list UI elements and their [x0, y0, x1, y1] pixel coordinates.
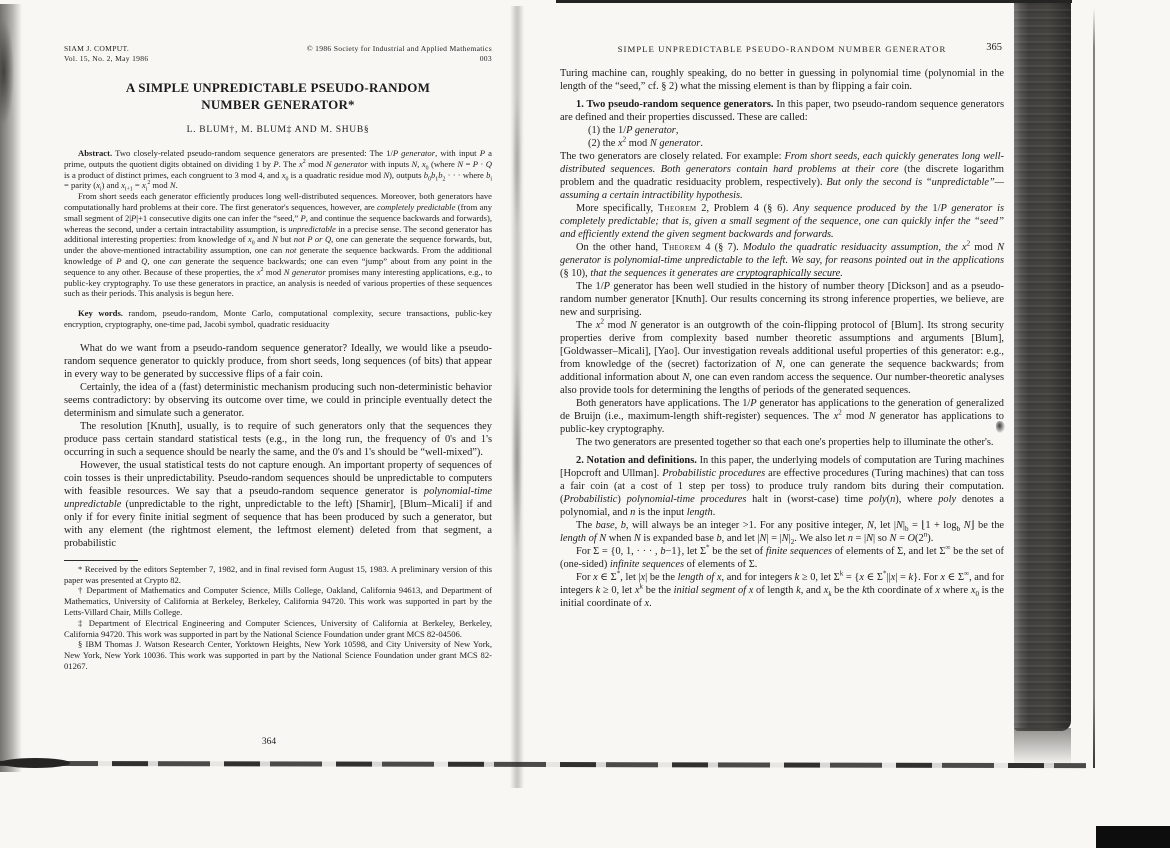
journal-header: SIAM J. COMPUT. Vol. 15, No. 2, May 1986… — [64, 44, 492, 63]
scanned-journal-spread: SIAM J. COMPUT. Vol. 15, No. 2, May 1986… — [0, 0, 1170, 848]
paragraph: † Department of Mathematics and Computer… — [64, 585, 492, 617]
paragraph: More specifically, Theorem 2, Problem 4 … — [560, 202, 1004, 241]
paragraph: The resolution [Knuth], usually, is to r… — [64, 420, 492, 459]
scan-corner-black-bar — [1096, 826, 1170, 848]
paper-title: A SIMPLE UNPREDICTABLE PSEUDO-RANDOM NUM… — [103, 79, 453, 113]
page-left: SIAM J. COMPUT. Vol. 15, No. 2, May 1986… — [22, 0, 516, 762]
paragraph: Certainly, the idea of a (fast) determin… — [64, 381, 492, 420]
scan-left-edge-blob — [0, 18, 18, 138]
paragraph: However, the usual statistical tests do … — [64, 459, 492, 550]
paragraph: The x2 mod N generator is an outgrowth o… — [560, 319, 1004, 397]
paragraph: The 1/P generator has been well studied … — [560, 280, 1004, 319]
book-fore-edge-band — [1014, 3, 1071, 731]
authors-line: L. BLUM†, M. BLUM‡ AND M. SHUB§ — [64, 125, 492, 135]
page-number-right: 365 — [986, 42, 1002, 53]
paragraph: ‡ Department of Electrical Engineering a… — [64, 618, 492, 640]
book-fore-edge-fade — [1014, 728, 1071, 766]
paragraph: § IBM Thomas J. Watson Research Center, … — [64, 639, 492, 671]
abstract-section: Abstract. Two closely-related pseudo-ran… — [64, 148, 492, 330]
copyright-info: © 1986 Society for Industrial and Applie… — [307, 44, 492, 63]
page-number-left: 364 — [22, 737, 516, 747]
scan-right-page-edge-line — [1093, 8, 1095, 768]
paragraph: Turing machine can, roughly speaking, do… — [560, 67, 1004, 93]
copyright-line: © 1986 Society for Industrial and Applie… — [307, 44, 492, 54]
paragraph: (2) the x2 mod N generator. — [560, 137, 1004, 150]
footnote-rule — [64, 560, 138, 561]
paragraph: The two generators are closely related. … — [560, 150, 1004, 202]
paragraph: What do we want from a pseudo-random seq… — [64, 342, 492, 381]
paragraph: * Received by the editors September 7, 1… — [64, 564, 492, 586]
paragraph: The base, b, will always be an integer >… — [560, 519, 1004, 545]
running-head-title: SIMPLE UNPREDICTABLE PSEUDO-RANDOM NUMBE… — [618, 44, 947, 54]
article-code: 003 — [307, 54, 492, 64]
paragraph: For Σ = {0, 1, · · · , b−1}, let Σ* be t… — [560, 545, 1004, 571]
paragraph: 1. Two pseudo-random sequence generators… — [560, 98, 1004, 124]
paragraph: Both generators have applications. The 1… — [560, 397, 1004, 436]
journal-name: SIAM J. COMPUT. — [64, 44, 148, 54]
paragraph: For x ∈ Σ*, let |x| be the length of x, … — [560, 571, 1004, 610]
paragraph: On the other hand, Theorem 4 (§ 7). Modu… — [560, 241, 1004, 280]
running-head: SIMPLE UNPREDICTABLE PSEUDO-RANDOM NUMBE… — [560, 44, 1004, 54]
paragraph: (1) the 1/P generator, — [560, 124, 1004, 137]
journal-volume: Vol. 15, No. 2, May 1986 — [64, 54, 148, 64]
paragraph: The two generators are presented togethe… — [560, 436, 1004, 449]
journal-info: SIAM J. COMPUT. Vol. 15, No. 2, May 1986 — [64, 44, 148, 63]
paragraph: Key words. random, pseudo-random, Monte … — [64, 308, 492, 330]
paragraph: From short seeds each generator efficien… — [64, 191, 492, 299]
footnotes-section: * Received by the editors September 7, 1… — [64, 564, 492, 672]
article-body-left: What do we want from a pseudo-random seq… — [64, 342, 492, 550]
paragraph: Abstract. Two closely-related pseudo-ran… — [64, 148, 492, 191]
article-body-right: Turing machine can, roughly speaking, do… — [560, 67, 1004, 610]
page-right: SIMPLE UNPREDICTABLE PSEUDO-RANDOM NUMBE… — [546, 0, 1016, 762]
paragraph: 2. Notation and definitions. In this pap… — [560, 454, 1004, 519]
